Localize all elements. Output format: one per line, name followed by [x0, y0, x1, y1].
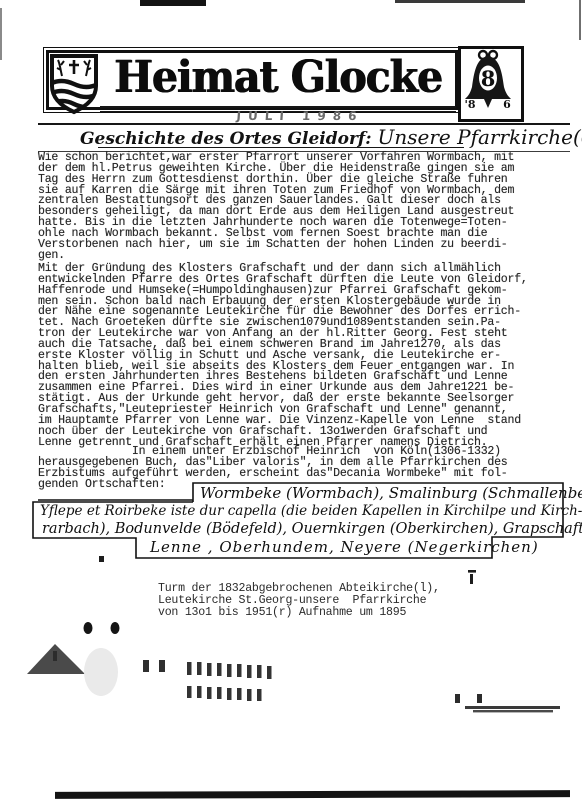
scan-artifact-right-edge	[579, 0, 581, 40]
handwritten-line-1: Wormbeke (Wormbach), Smalinburg (Schmall…	[200, 484, 582, 502]
scan-artifact-top-right	[395, 0, 525, 3]
article-heading-gothic: Geschichte des Ortes Gleidorf:	[80, 129, 372, 149]
article-paragraph-1: Wie schon berichtet,war erster Pfarrort …	[38, 153, 572, 261]
svg-text:6: 6	[503, 98, 511, 111]
bell-issue-badge: 8 '8 6	[458, 46, 524, 122]
photo-abbey-tower	[25, 556, 195, 720]
photo-abbey-building	[181, 628, 293, 712]
bell-icon: 8 '8 6	[461, 49, 515, 113]
svg-text:8: 8	[481, 66, 496, 91]
svg-text:'8: '8	[464, 98, 475, 111]
article-heading-script: Unsere Pfarrkirche(6)	[378, 125, 582, 149]
handwritten-line-3: rarbach), Bodunvelde (Bödefeld), Ouernki…	[42, 521, 582, 537]
coat-of-arms-icon	[48, 52, 100, 116]
scanned-newsletter-page: Heimat Glocke 8 '8 6 JULI 1986 Geschicht…	[0, 0, 582, 801]
handwritten-line-2: Yflepe et Roirbeke iste dur capella (die…	[40, 503, 582, 519]
heading-underline	[98, 147, 464, 148]
scan-artifact-top-left	[140, 0, 206, 6]
newsletter-title: Heimat Glocke	[104, 48, 452, 106]
article-paragraph-2: Mit der Gründung des Klosters Grafschaft…	[38, 264, 572, 448]
masthead-rule-1	[100, 106, 456, 108]
article-heading: Geschichte des Ortes Gleidorf:Unsere Pfa…	[80, 125, 480, 149]
handwritten-line-4: Lenne , Oberhundem, Neyere (Negerkirchen…	[150, 538, 539, 556]
scan-artifact-left-edge	[0, 8, 2, 60]
issue-date: JULI 1986	[190, 109, 411, 123]
photo-caption: Turm der 1832abgebrochenen Abteikirche(l…	[158, 583, 478, 620]
scan-artifact-bottom-bar	[55, 790, 570, 799]
